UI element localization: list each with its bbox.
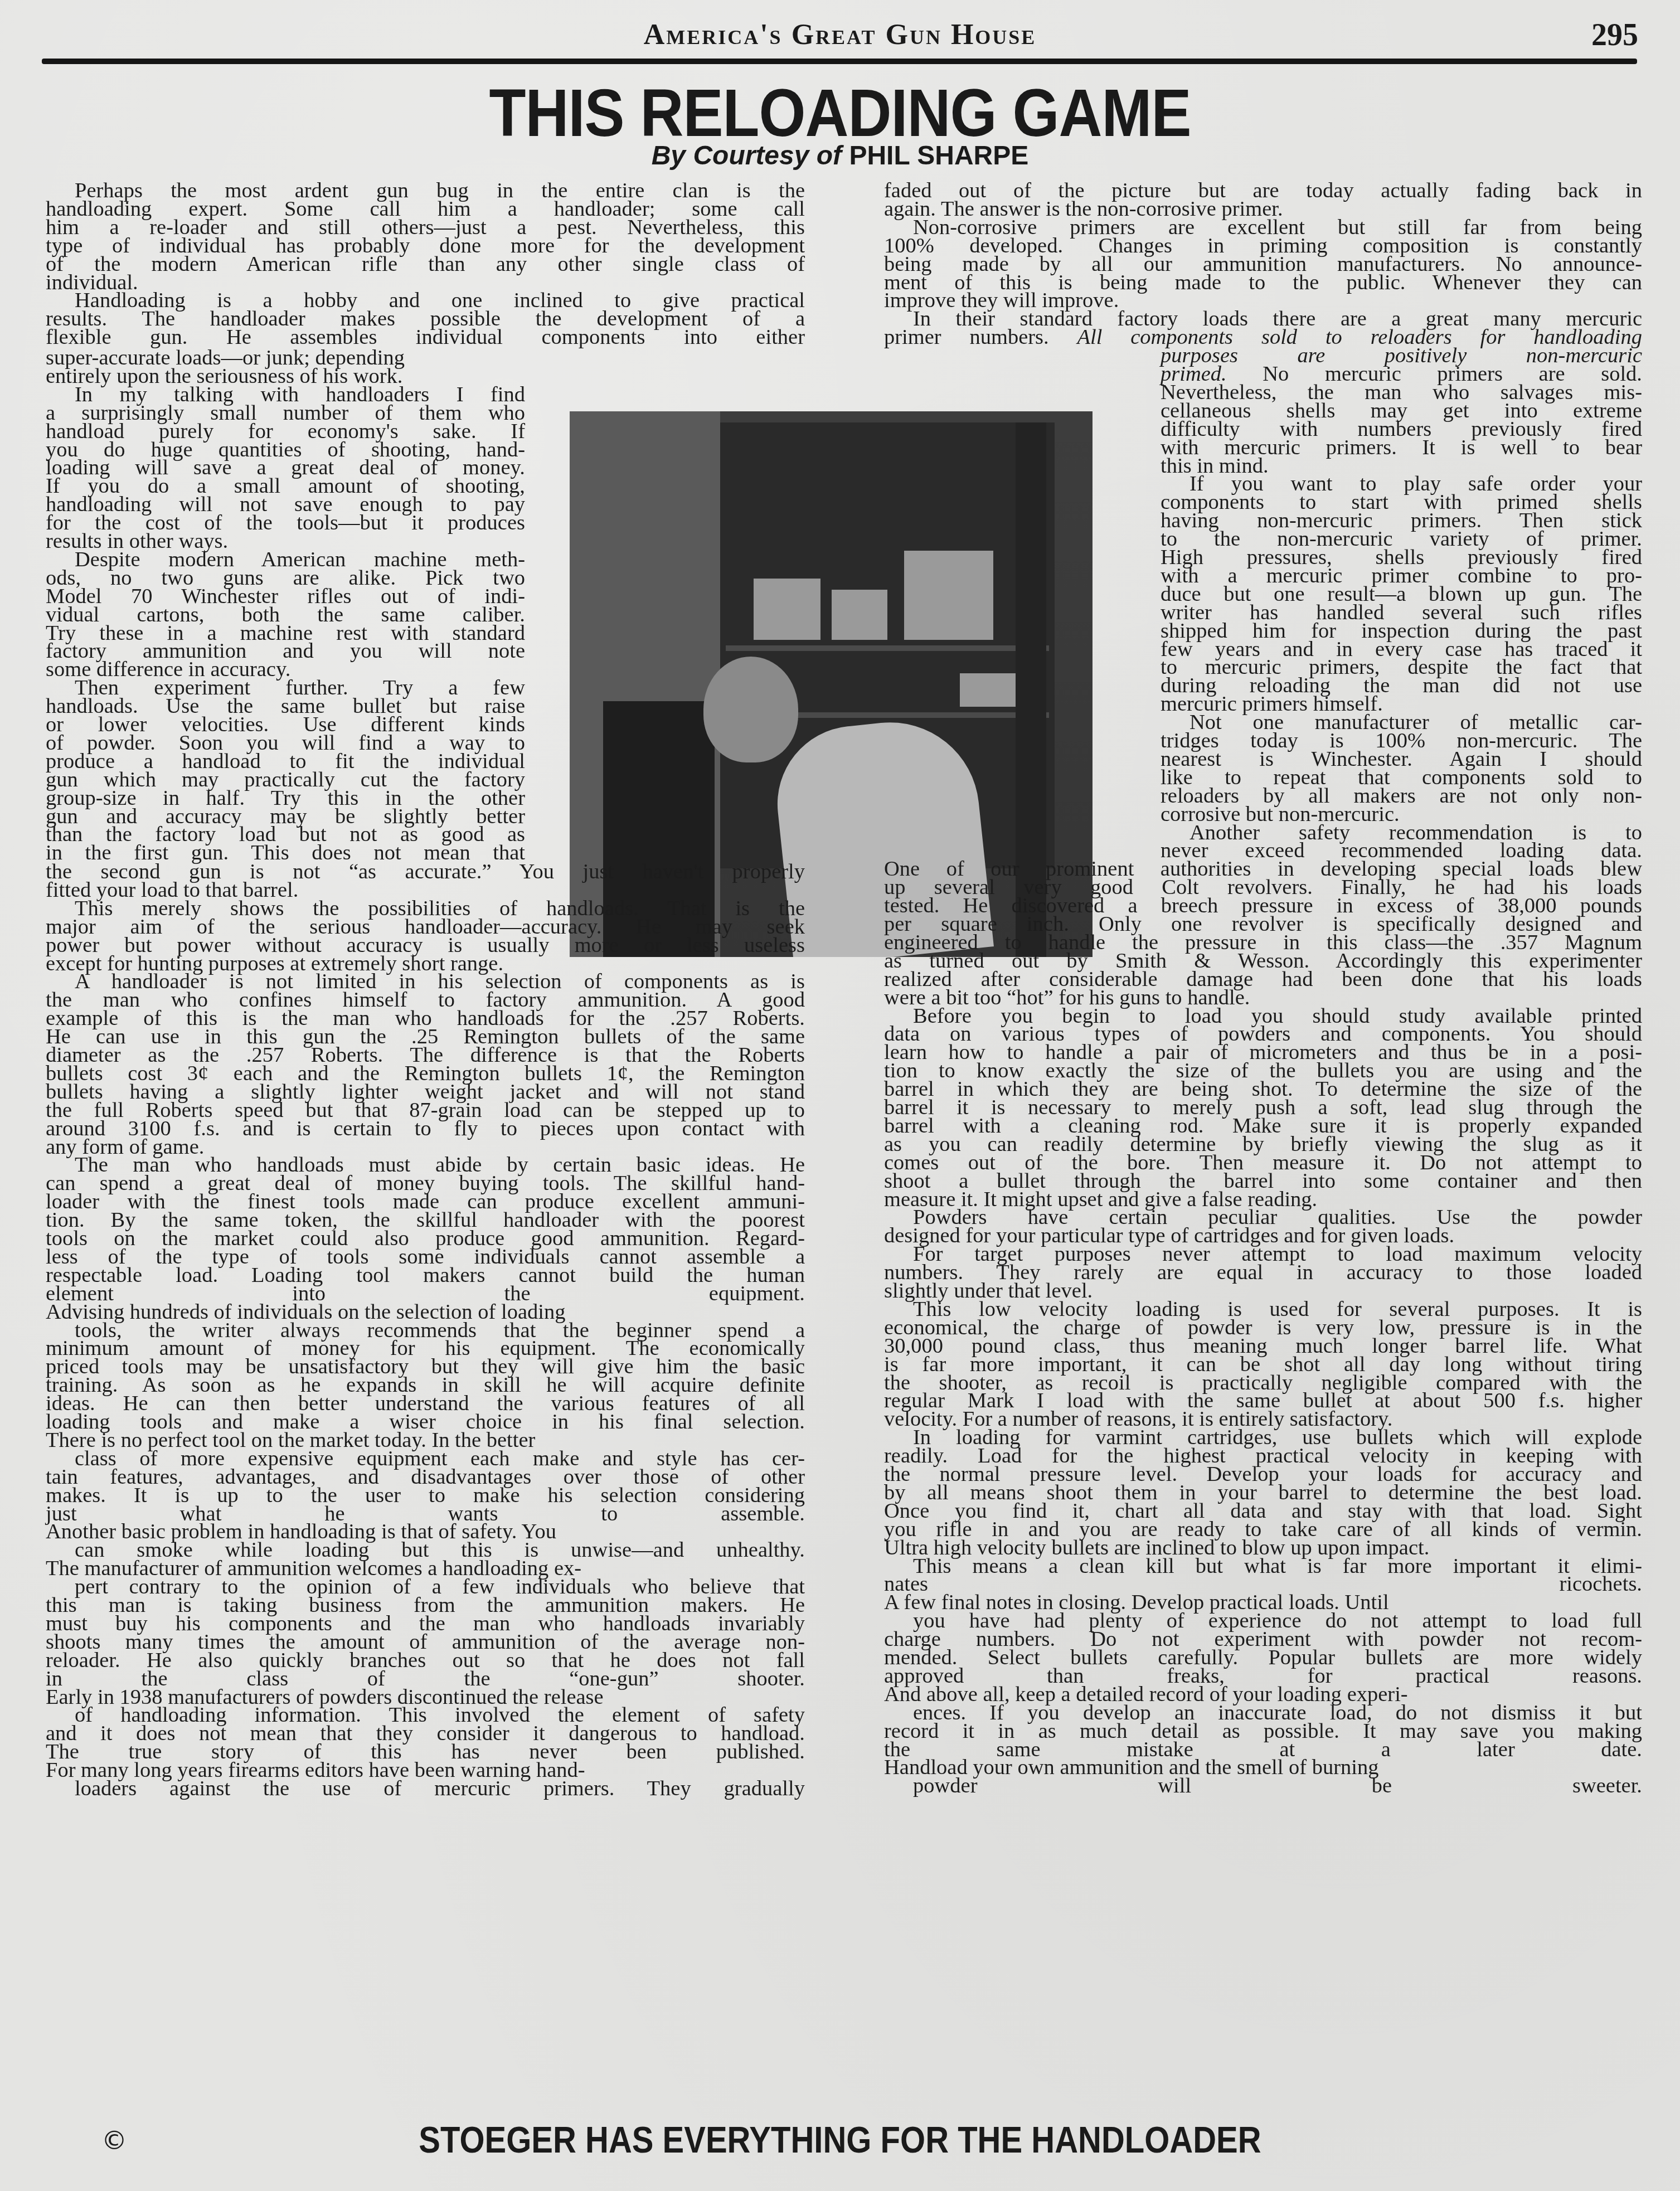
text-line [884,1906,1642,1924]
byline-prefix: By Courtesy of [652,141,842,171]
running-head: America's Great Gun House 295 [0,16,1680,55]
text-line [884,1795,1642,1814]
running-head-title: America's Great Gun House [0,16,1680,55]
text-line [884,1850,1642,1869]
text-line: loaders against the use of mercuric prim… [46,1780,805,1798]
photo-box [754,579,820,640]
text-line: flexible gun. He assembles individual co… [46,328,805,347]
text-line: of the modern American rifle than any ot… [46,255,805,274]
text-run: primer numbers. [884,326,1077,349]
text-line [884,1887,1642,1906]
photo-box [904,551,993,640]
photo-box [832,590,887,640]
byline: By Courtesy of PHIL SHARPE [0,139,1680,173]
page-number: 295 [1591,16,1638,55]
header-rule [42,59,1637,64]
photo-shelf-board [726,645,1049,651]
footer-slogan: STOEGER HAS EVERYTHING FOR THE HANDLOADE… [0,2115,1680,2166]
text-line [884,1832,1642,1850]
text-line [884,1814,1642,1832]
text-line [884,1869,1642,1887]
photo-person-head [703,657,798,762]
text-line: powder will be sweeter. [884,1777,1642,1795]
page-footer: © STOEGER HAS EVERYTHING FOR THE HANDLOA… [0,2118,1680,2163]
byline-author: PHIL SHARPE [849,141,1028,171]
